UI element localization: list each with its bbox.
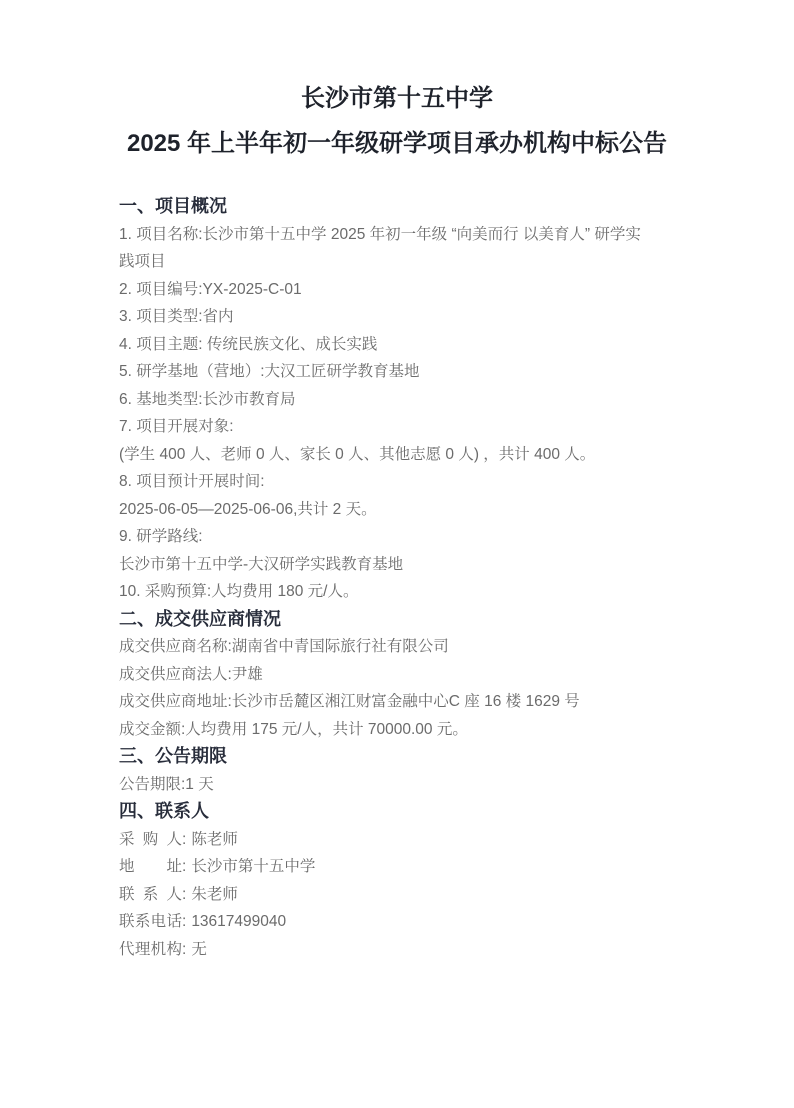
study-base-line: 5. 研学基地（营地）:大汉工匠研学教育基地	[119, 358, 675, 386]
contact-label-address: 地址	[119, 853, 182, 881]
contact-value-contact-person: 朱老师	[191, 886, 238, 903]
project-time-value-line: 2025-06-05—2025-06-06,共计 2 天。	[119, 496, 675, 524]
contact-value-agency: 无	[191, 941, 207, 958]
contact-colon: :	[182, 913, 191, 930]
section-heading-winning-supplier: 二、成交供应商情况	[119, 606, 675, 634]
contact-colon: :	[182, 886, 191, 903]
document-page: { "theme": { "page-bg": "#ffffff", "titl…	[0, 0, 794, 1108]
contact-label-purchaser: 采购人	[119, 826, 182, 854]
contact-row-agency: 代理机构:无	[119, 936, 675, 964]
supplier-name-line: 成交供应商名称:湖南省中青国际旅行社有限公司	[119, 633, 675, 661]
contact-value-phone: 13617499040	[191, 913, 286, 930]
contact-row-phone: 联系电话:13617499040	[119, 908, 675, 936]
supplier-legal-person-line: 成交供应商法人:尹雄	[119, 661, 675, 689]
contact-colon: :	[182, 831, 191, 848]
contact-row-contact-person: 联系人:朱老师	[119, 881, 675, 909]
project-name-line-continued: 践项目	[119, 248, 675, 276]
project-theme-line: 4. 项目主题: 传统民族文化、成长实践	[119, 331, 675, 359]
study-route-label-line: 9. 研学路线:	[119, 523, 675, 551]
document-body: 一、项目概况 1. 项目名称:长沙市第十五中学 2025 年初一年级 “向美而行…	[119, 193, 675, 963]
document-title-main: 2025 年上半年初一年级研学项目承办机构中标公告	[119, 121, 675, 166]
contact-label-contact-person: 联系人	[119, 881, 182, 909]
project-time-label-line: 8. 项目预计开展时间:	[119, 468, 675, 496]
contact-value-purchaser: 陈老师	[191, 831, 238, 848]
contact-colon: :	[182, 941, 191, 958]
project-target-detail-line: (学生 400 人、老师 0 人、家长 0 人、其他志愿 0 人) ，共计 40…	[119, 441, 675, 469]
section-heading-announcement-period: 三、公告期限	[119, 743, 675, 771]
contact-label-agency: 代理机构	[119, 936, 182, 964]
purchase-budget-line: 10. 采购预算:人均费用 180 元/人。	[119, 578, 675, 606]
project-number-line: 2. 项目编号:YX-2025-C-01	[119, 276, 675, 304]
project-name-line: 1. 项目名称:长沙市第十五中学 2025 年初一年级 “向美而行 以美育人” …	[119, 221, 675, 249]
contact-row-purchaser: 采购人:陈老师	[119, 826, 675, 854]
document-title-block: 长沙市第十五中学 2025 年上半年初一年级研学项目承办机构中标公告	[119, 0, 675, 166]
study-route-value-line: 长沙市第十五中学-大汉研学实践教育基地	[119, 551, 675, 579]
contact-value-address: 长沙市第十五中学	[191, 858, 315, 875]
contact-row-address: 地址:长沙市第十五中学	[119, 853, 675, 881]
project-target-label-line: 7. 项目开展对象:	[119, 413, 675, 441]
section-heading-project-overview: 一、项目概况	[119, 193, 675, 221]
supplier-address-line: 成交供应商地址:长沙市岳麓区湘江财富金融中心C 座 16 楼 1629 号	[119, 688, 675, 716]
base-type-line: 6. 基地类型:长沙市教育局	[119, 386, 675, 414]
announcement-document: 长沙市第十五中学 2025 年上半年初一年级研学项目承办机构中标公告 一、项目概…	[0, 0, 794, 1108]
deal-amount-line: 成交金额:人均费用 175 元/人，共计 70000.00 元。	[119, 716, 675, 744]
section-heading-contacts: 四、联系人	[119, 798, 675, 826]
announcement-period-line: 公告期限:1 天	[119, 771, 675, 799]
project-type-line: 3. 项目类型:省内	[119, 303, 675, 331]
contact-label-phone: 联系电话	[119, 908, 182, 936]
document-title-school: 长沙市第十五中学	[119, 76, 675, 121]
contact-colon: :	[182, 858, 191, 875]
